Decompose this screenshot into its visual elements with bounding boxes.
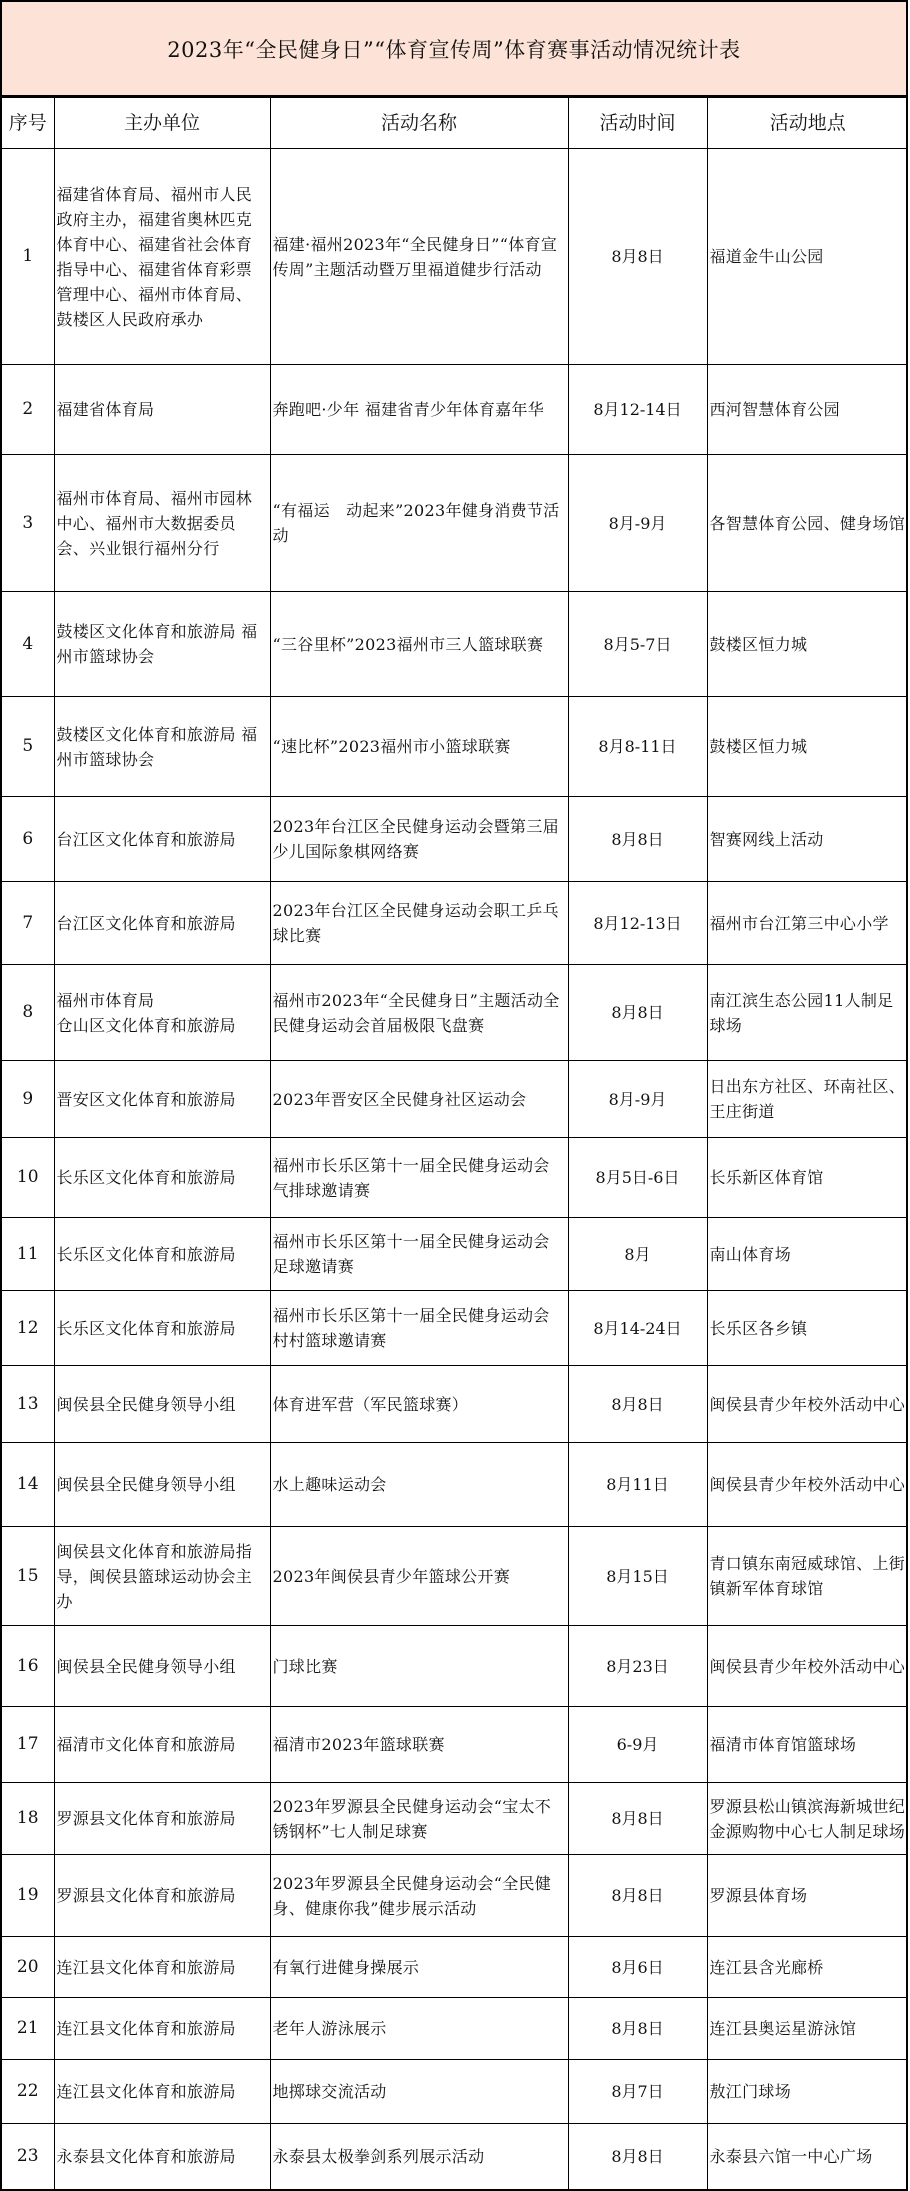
cell-activity-time: 8月8日: [568, 1855, 707, 1937]
cell-activity-time: 8月8日: [568, 797, 707, 882]
cell-organizer: 台江区文化体育和旅游局: [54, 882, 270, 965]
cell-activity-name: 门球比赛: [270, 1626, 568, 1707]
cell-index: 14: [2, 1443, 54, 1527]
cell-organizer: 晋安区文化体育和旅游局: [54, 1061, 270, 1138]
cell-index: 20: [2, 1937, 54, 1998]
cell-activity-name: 有氧行进健身操展示: [270, 1937, 568, 1998]
cell-activity-time: 8月8日: [568, 1998, 707, 2060]
cell-organizer: 闽侯县全民健身领导小组: [54, 1443, 270, 1527]
cell-activity-name: 福建·福州2023年“全民健身日”“体育宣传周”主题活动暨万里福道健步行活动: [270, 149, 568, 365]
cell-activity-place: 连江县含光廊桥: [707, 1937, 908, 1998]
cell-activity-name: “速比杯”2023福州市小篮球联赛: [270, 697, 568, 797]
cell-index: 4: [2, 592, 54, 697]
cell-organizer: 福州市体育局、福州市园林中心、福州市大数据委员会、兴业银行福州分行: [54, 455, 270, 592]
cell-activity-name: “三谷里杯”2023福州市三人篮球联赛: [270, 592, 568, 697]
header-index: 序号: [2, 98, 54, 149]
cell-activity-time: 8月8日: [568, 2124, 707, 2190]
cell-activity-time: 8月8日: [568, 149, 707, 365]
cell-activity-time: 8月6日: [568, 1937, 707, 1998]
cell-index: 22: [2, 2060, 54, 2124]
cell-activity-place: 福道金牛山公园: [707, 149, 908, 365]
table-title: 2023年“全民健身日”“体育宣传周”体育赛事活动情况统计表: [167, 34, 740, 64]
cell-organizer: 长乐区文化体育和旅游局: [54, 1138, 270, 1218]
cell-activity-place: 闽侯县青少年校外活动中心: [707, 1443, 908, 1527]
cell-organizer: 罗源县文化体育和旅游局: [54, 1855, 270, 1937]
cell-activity-place: 罗源县松山镇滨海新城世纪金源购物中心七人制足球场: [707, 1783, 908, 1855]
cell-organizer: 闽侯县全民健身领导小组: [54, 1366, 270, 1443]
cell-activity-place: 永泰县六馆一中心广场: [707, 2124, 908, 2190]
cell-activity-name: 2023年闽侯县青少年篮球公开赛: [270, 1527, 568, 1626]
cell-activity-name: 水上趣味运动会: [270, 1443, 568, 1527]
cell-activity-name: 福州市长乐区第十一届全民健身运动会气排球邀请赛: [270, 1138, 568, 1218]
cell-organizer: 罗源县文化体育和旅游局: [54, 1783, 270, 1855]
cell-activity-place: 福州市台江第三中心小学: [707, 882, 908, 965]
cell-organizer: 台江区文化体育和旅游局: [54, 797, 270, 882]
cell-activity-name: 体育进军营（军民篮球赛）: [270, 1366, 568, 1443]
cell-activity-time: 8月5-7日: [568, 592, 707, 697]
table-row: 9晋安区文化体育和旅游局2023年晋安区全民健身社区运动会8月-9月日出东方社区…: [2, 1061, 908, 1138]
cell-activity-name: 2023年台江区全民健身运动会职工乒乓球比赛: [270, 882, 568, 965]
cell-organizer: 永泰县文化体育和旅游局: [54, 2124, 270, 2190]
cell-index: 7: [2, 882, 54, 965]
cell-activity-time: 8月8日: [568, 1366, 707, 1443]
cell-activity-place: 福清市体育馆篮球场: [707, 1707, 908, 1783]
cell-activity-place: 闽侯县青少年校外活动中心: [707, 1366, 908, 1443]
cell-organizer: 闽侯县全民健身领导小组: [54, 1626, 270, 1707]
cell-activity-name: 福清市2023年篮球联赛: [270, 1707, 568, 1783]
cell-activity-time: 8月15日: [568, 1527, 707, 1626]
cell-organizer: 闽侯县文化体育和旅游局指导，闽侯县篮球运动协会主办: [54, 1527, 270, 1626]
cell-activity-place: 长乐区各乡镇: [707, 1291, 908, 1366]
table-row: 19罗源县文化体育和旅游局2023年罗源县全民健身运动会“全民健身、健康你我”健…: [2, 1855, 908, 1937]
table-body: 1福建省体育局、福州市人民政府主办，福建省奥林匹克体育中心、福建省社会体育指导中…: [2, 149, 908, 2190]
table-row: 13闽侯县全民健身领导小组体育进军营（军民篮球赛）8月8日闽侯县青少年校外活动中…: [2, 1366, 908, 1443]
cell-organizer: 长乐区文化体育和旅游局: [54, 1291, 270, 1366]
cell-organizer: 鼓楼区文化体育和旅游局 福州市篮球协会: [54, 592, 270, 697]
table-row: 11长乐区文化体育和旅游局福州市长乐区第十一届全民健身运动会足球邀请赛8月南山体…: [2, 1218, 908, 1291]
cell-organizer: 连江县文化体育和旅游局: [54, 2060, 270, 2124]
table-row: 4鼓楼区文化体育和旅游局 福州市篮球协会“三谷里杯”2023福州市三人篮球联赛8…: [2, 592, 908, 697]
cell-activity-time: 8月12-14日: [568, 365, 707, 455]
cell-activity-place: 智赛网线上活动: [707, 797, 908, 882]
cell-activity-time: 8月: [568, 1218, 707, 1291]
header-activity-time: 活动时间: [568, 98, 707, 149]
cell-activity-name: 2023年台江区全民健身运动会暨第三届少儿国际象棋网络赛: [270, 797, 568, 882]
activities-table: 序号 主办单位 活动名称 活动时间 活动地点 1福建省体育局、福州市人民政府主办…: [2, 97, 908, 2191]
cell-activity-place: 南江滨生态公园11人制足球场: [707, 965, 908, 1061]
table-row: 3福州市体育局、福州市园林中心、福州市大数据委员会、兴业银行福州分行“有福运 动…: [2, 455, 908, 592]
table-row: 14闽侯县全民健身领导小组水上趣味运动会8月11日闽侯县青少年校外活动中心: [2, 1443, 908, 1527]
cell-index: 21: [2, 1998, 54, 2060]
table-row: 16闽侯县全民健身领导小组门球比赛8月23日闽侯县青少年校外活动中心: [2, 1626, 908, 1707]
header-organizer: 主办单位: [54, 98, 270, 149]
table-row: 21连江县文化体育和旅游局老年人游泳展示8月8日连江县奥运星游泳馆: [2, 1998, 908, 2060]
cell-activity-time: 8月12-13日: [568, 882, 707, 965]
cell-activity-time: 8月8日: [568, 965, 707, 1061]
cell-organizer: 福建省体育局、福州市人民政府主办，福建省奥林匹克体育中心、福建省社会体育指导中心…: [54, 149, 270, 365]
cell-activity-place: 罗源县体育场: [707, 1855, 908, 1937]
table-row: 18罗源县文化体育和旅游局2023年罗源县全民健身运动会“宝太不锈钢杯”七人制足…: [2, 1783, 908, 1855]
cell-activity-time: 8月8日: [568, 1783, 707, 1855]
cell-organizer: 福建省体育局: [54, 365, 270, 455]
cell-activity-name: 2023年罗源县全民健身运动会“全民健身、健康你我”健步展示活动: [270, 1855, 568, 1937]
cell-index: 12: [2, 1291, 54, 1366]
cell-activity-name: 2023年罗源县全民健身运动会“宝太不锈钢杯”七人制足球赛: [270, 1783, 568, 1855]
statistics-sheet: 2023年“全民健身日”“体育宣传周”体育赛事活动情况统计表 序号 主办单位 活…: [0, 0, 908, 2191]
cell-activity-name: 奔跑吧·少年 福建省青少年体育嘉年华: [270, 365, 568, 455]
header-activity-place: 活动地点: [707, 98, 908, 149]
cell-organizer: 连江县文化体育和旅游局: [54, 1998, 270, 2060]
cell-activity-place: 长乐新区体育馆: [707, 1138, 908, 1218]
cell-activity-time: 8月8-11日: [568, 697, 707, 797]
cell-activity-place: 青口镇东南冠威球馆、上街镇新军体育球馆: [707, 1527, 908, 1626]
cell-organizer: 连江县文化体育和旅游局: [54, 1937, 270, 1998]
table-row: 15闽侯县文化体育和旅游局指导，闽侯县篮球运动协会主办2023年闽侯县青少年篮球…: [2, 1527, 908, 1626]
cell-activity-time: 8月-9月: [568, 1061, 707, 1138]
cell-activity-place: 各智慧体育公园、健身场馆: [707, 455, 908, 592]
table-row: 17福清市文化体育和旅游局福清市2023年篮球联赛6-9月福清市体育馆篮球场: [2, 1707, 908, 1783]
cell-activity-time: 8月14-24日: [568, 1291, 707, 1366]
cell-index: 9: [2, 1061, 54, 1138]
cell-activity-time: 8月7日: [568, 2060, 707, 2124]
cell-activity-name: 福州市长乐区第十一届全民健身运动会村村篮球邀请赛: [270, 1291, 568, 1366]
cell-index: 10: [2, 1138, 54, 1218]
cell-activity-name: 地掷球交流活动: [270, 2060, 568, 2124]
header-activity-name: 活动名称: [270, 98, 568, 149]
cell-activity-time: 8月11日: [568, 1443, 707, 1527]
cell-index: 3: [2, 455, 54, 592]
table-row: 5鼓楼区文化体育和旅游局 福州市篮球协会“速比杯”2023福州市小篮球联赛8月8…: [2, 697, 908, 797]
header-row: 序号 主办单位 活动名称 活动时间 活动地点: [2, 98, 908, 149]
table-row: 10长乐区文化体育和旅游局福州市长乐区第十一届全民健身运动会气排球邀请赛8月5日…: [2, 1138, 908, 1218]
cell-activity-place: 南山体育场: [707, 1218, 908, 1291]
cell-organizer: 长乐区文化体育和旅游局: [54, 1218, 270, 1291]
cell-index: 15: [2, 1527, 54, 1626]
cell-index: 2: [2, 365, 54, 455]
cell-index: 23: [2, 2124, 54, 2190]
cell-organizer: 鼓楼区文化体育和旅游局 福州市篮球协会: [54, 697, 270, 797]
cell-activity-place: 鼓楼区恒力城: [707, 592, 908, 697]
cell-activity-name: 永泰县太极拳剑系列展示活动: [270, 2124, 568, 2190]
table-row: 22连江县文化体育和旅游局地掷球交流活动8月7日敖江门球场: [2, 2060, 908, 2124]
table-row: 12长乐区文化体育和旅游局福州市长乐区第十一届全民健身运动会村村篮球邀请赛8月1…: [2, 1291, 908, 1366]
cell-activity-time: 8月23日: [568, 1626, 707, 1707]
cell-activity-name: “有福运 动起来”2023年健身消费节活动: [270, 455, 568, 592]
table-title-band: 2023年“全民健身日”“体育宣传周”体育赛事活动情况统计表: [2, 0, 906, 97]
cell-activity-name: 2023年晋安区全民健身社区运动会: [270, 1061, 568, 1138]
cell-index: 19: [2, 1855, 54, 1937]
cell-activity-name: 福州市长乐区第十一届全民健身运动会足球邀请赛: [270, 1218, 568, 1291]
cell-index: 13: [2, 1366, 54, 1443]
table-row: 8福州市体育局 仓山区文化体育和旅游局福州市2023年“全民健身日”主题活动全民…: [2, 965, 908, 1061]
cell-index: 6: [2, 797, 54, 882]
cell-index: 17: [2, 1707, 54, 1783]
cell-organizer: 福清市文化体育和旅游局: [54, 1707, 270, 1783]
table-row: 23永泰县文化体育和旅游局永泰县太极拳剑系列展示活动8月8日永泰县六馆一中心广场: [2, 2124, 908, 2190]
cell-activity-place: 鼓楼区恒力城: [707, 697, 908, 797]
cell-organizer: 福州市体育局 仓山区文化体育和旅游局: [54, 965, 270, 1061]
cell-index: 16: [2, 1626, 54, 1707]
cell-index: 11: [2, 1218, 54, 1291]
cell-index: 1: [2, 149, 54, 365]
cell-activity-name: 福州市2023年“全民健身日”主题活动全民健身运动会首届极限飞盘赛: [270, 965, 568, 1061]
cell-activity-place: 日出东方社区、环南社区、王庄街道: [707, 1061, 908, 1138]
cell-index: 8: [2, 965, 54, 1061]
cell-index: 5: [2, 697, 54, 797]
table-row: 20连江县文化体育和旅游局有氧行进健身操展示8月6日连江县含光廊桥: [2, 1937, 908, 1998]
table-row: 6台江区文化体育和旅游局2023年台江区全民健身运动会暨第三届少儿国际象棋网络赛…: [2, 797, 908, 882]
table-row: 1福建省体育局、福州市人民政府主办，福建省奥林匹克体育中心、福建省社会体育指导中…: [2, 149, 908, 365]
table-row: 7台江区文化体育和旅游局2023年台江区全民健身运动会职工乒乓球比赛8月12-1…: [2, 882, 908, 965]
cell-activity-place: 敖江门球场: [707, 2060, 908, 2124]
cell-activity-time: 8月-9月: [568, 455, 707, 592]
table-row: 2福建省体育局奔跑吧·少年 福建省青少年体育嘉年华8月12-14日西河智慧体育公…: [2, 365, 908, 455]
cell-activity-place: 西河智慧体育公园: [707, 365, 908, 455]
cell-activity-place: 闽侯县青少年校外活动中心: [707, 1626, 908, 1707]
cell-activity-time: 8月5日-6日: [568, 1138, 707, 1218]
cell-activity-time: 6-9月: [568, 1707, 707, 1783]
cell-activity-place: 连江县奥运星游泳馆: [707, 1998, 908, 2060]
cell-activity-name: 老年人游泳展示: [270, 1998, 568, 2060]
cell-index: 18: [2, 1783, 54, 1855]
